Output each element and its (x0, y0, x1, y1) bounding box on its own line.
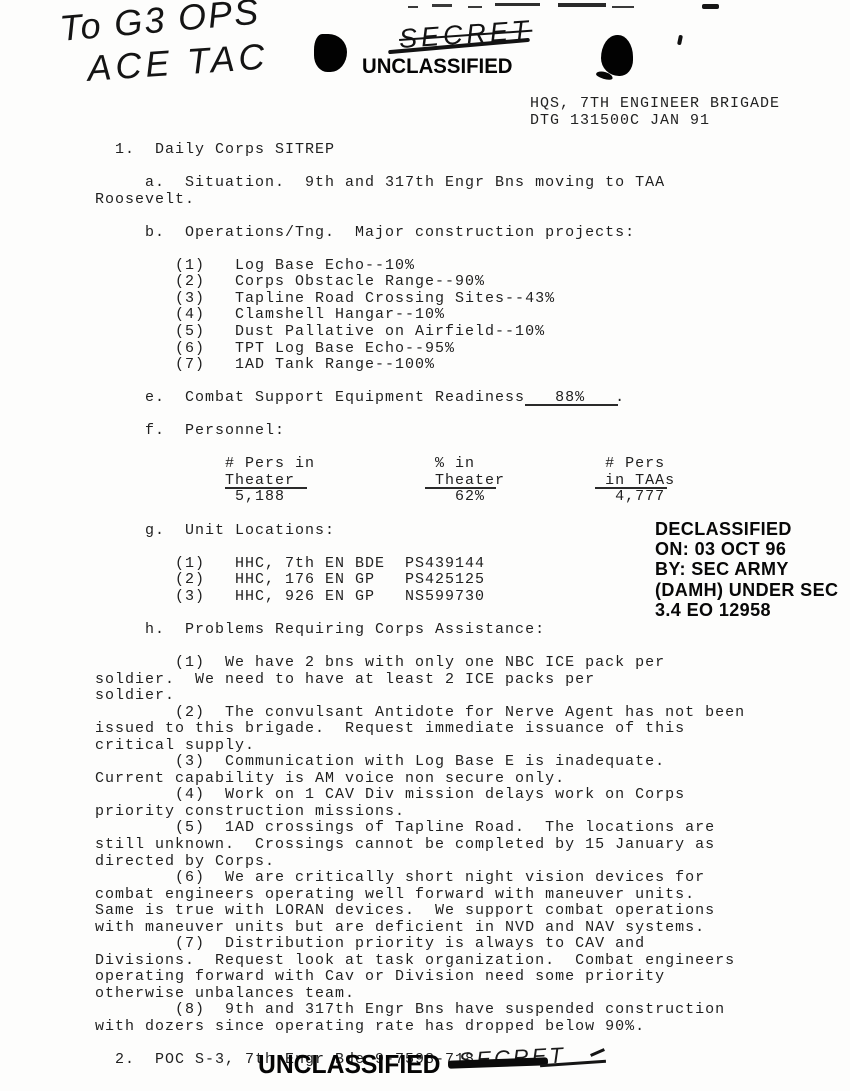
typed-line: (2) Corps Obstacle Range--90% (95, 274, 745, 291)
typed-line: combat engineers operating well forward … (95, 887, 745, 904)
letterhead-unit: HQS, 7TH ENGINEER BRIGADE (530, 96, 780, 113)
document-page: To G3 OPS ACE TAC SECRET UNCLASSIFIED HQ… (0, 0, 850, 1091)
typed-line: operating forward with Cav or Division n… (95, 969, 745, 986)
declassified-stamp-line: DECLASSIFIED (655, 519, 838, 539)
typed-line (95, 159, 745, 176)
typed-line: critical supply. (95, 738, 745, 755)
ink-blob-right (601, 35, 633, 76)
typed-line: Roosevelt. (95, 192, 745, 209)
scan-artifact-dash (408, 6, 418, 8)
scan-artifact-dash (432, 4, 452, 7)
typed-line: Same is true with LORAN devices. We supp… (95, 903, 745, 920)
typed-line: h. Problems Requiring Corps Assistance: (95, 622, 745, 639)
typed-line: issued to this brigade. Request immediat… (95, 721, 745, 738)
typed-line: b. Operations/Tng. Major construction pr… (95, 225, 745, 242)
typed-line: (6) We are critically short night vision… (95, 870, 745, 887)
typed-line: 1. Daily Corps SITREP (95, 142, 745, 159)
scan-artifact-dash (612, 6, 634, 8)
typed-line: (4) Clamshell Hangar--10% (95, 307, 745, 324)
typed-line (95, 605, 745, 622)
typed-line (95, 407, 745, 424)
typed-line (95, 208, 745, 225)
typed-line: (3) HHC, 926 EN GP NS599730 (95, 589, 745, 606)
typed-line: (1) We have 2 bns with only one NBC ICE … (95, 655, 745, 672)
underline-col-theater-pers (225, 487, 307, 489)
typed-line: (2) HHC, 176 EN GP PS425125 (95, 572, 745, 589)
typed-line: (3) Tapline Road Crossing Sites--43% (95, 291, 745, 308)
underline-col-theater-pct (425, 487, 496, 489)
typed-line: g. Unit Locations: (95, 523, 745, 540)
typed-line: (5) 1AD crossings of Tapline Road. The l… (95, 820, 745, 837)
typed-line: a. Situation. 9th and 317th Engr Bns mov… (95, 175, 745, 192)
typed-line: (2) The convulsant Antidote for Nerve Ag… (95, 705, 745, 722)
typed-line: with maneuver units but are deficient in… (95, 920, 745, 937)
declassified-stamp-line: 3.4 EO 12958 (655, 600, 838, 620)
typed-line: e. Combat Support Equipment Readiness 88… (95, 390, 745, 407)
typed-line: soldier. We need to have at least 2 ICE … (95, 672, 745, 689)
typed-line: (7) Distribution priority is always to C… (95, 936, 745, 953)
typed-line (95, 638, 745, 655)
scan-artifact-dash (558, 3, 606, 7)
typed-line: Current capability is AM voice non secur… (95, 771, 745, 788)
typed-line: (1) HHC, 7th EN BDE PS439144 (95, 556, 745, 573)
typed-line: (8) 9th and 317th Engr Bns have suspende… (95, 1002, 745, 1019)
typed-line: directed by Corps. (95, 854, 745, 871)
declassified-stamp: DECLASSIFIEDON: 03 OCT 96BY: SEC ARMY(DA… (655, 519, 838, 620)
typed-line: # Pers in % in # Pers (95, 456, 745, 473)
typed-line: f. Personnel: (95, 423, 745, 440)
typed-line: still unknown. Crossings cannot be compl… (95, 837, 745, 854)
typed-line: (6) TPT Log Base Echo--95% (95, 341, 745, 358)
typed-line: Divisions. Request look at task organiza… (95, 953, 745, 970)
declassified-stamp-line: (DAMH) UNDER SEC (655, 580, 838, 600)
typed-line: 5,188 62% 4,777 (95, 489, 745, 506)
underline-col-taas (595, 487, 667, 489)
typed-line: (1) Log Base Echo--10% (95, 258, 745, 275)
typed-line: (4) Work on 1 CAV Div mission delays wor… (95, 787, 745, 804)
scan-artifact-dash (468, 6, 482, 8)
typed-line (95, 440, 745, 457)
scan-artifact-dash (702, 4, 719, 9)
typed-line: with dozers since operating rate has dro… (95, 1019, 745, 1036)
typed-body: 1. Daily Corps SITREP a. Situation. 9th … (95, 142, 745, 1069)
typed-line (95, 241, 745, 258)
underline-readiness-value (525, 404, 618, 406)
letterhead: HQS, 7TH ENGINEER BRIGADE DTG 131500C JA… (530, 96, 780, 129)
stray-pen-mark (677, 35, 683, 46)
ink-blob-left (314, 34, 347, 72)
scan-artifact-dash (495, 3, 540, 6)
typed-line (95, 539, 745, 556)
typed-line (95, 374, 745, 391)
unclassified-stamp-bottom: UNCLASSIFIED (258, 1049, 441, 1080)
typed-line: priority construction missions. (95, 804, 745, 821)
typed-line: (7) 1AD Tank Range--100% (95, 357, 745, 374)
unclassified-stamp-top: UNCLASSIFIED (362, 55, 513, 79)
typed-line (95, 506, 745, 523)
declassified-stamp-line: ON: 03 OCT 96 (655, 539, 838, 559)
typed-line: (5) Dust Pallative on Airfield--10% (95, 324, 745, 341)
typed-line: soldier. (95, 688, 745, 705)
typed-line: otherwise unbalances team. (95, 986, 745, 1003)
declassified-stamp-line: BY: SEC ARMY (655, 559, 838, 579)
letterhead-dtg: DTG 131500C JAN 91 (530, 113, 780, 130)
typed-line: (3) Communication with Log Base E is ina… (95, 754, 745, 771)
